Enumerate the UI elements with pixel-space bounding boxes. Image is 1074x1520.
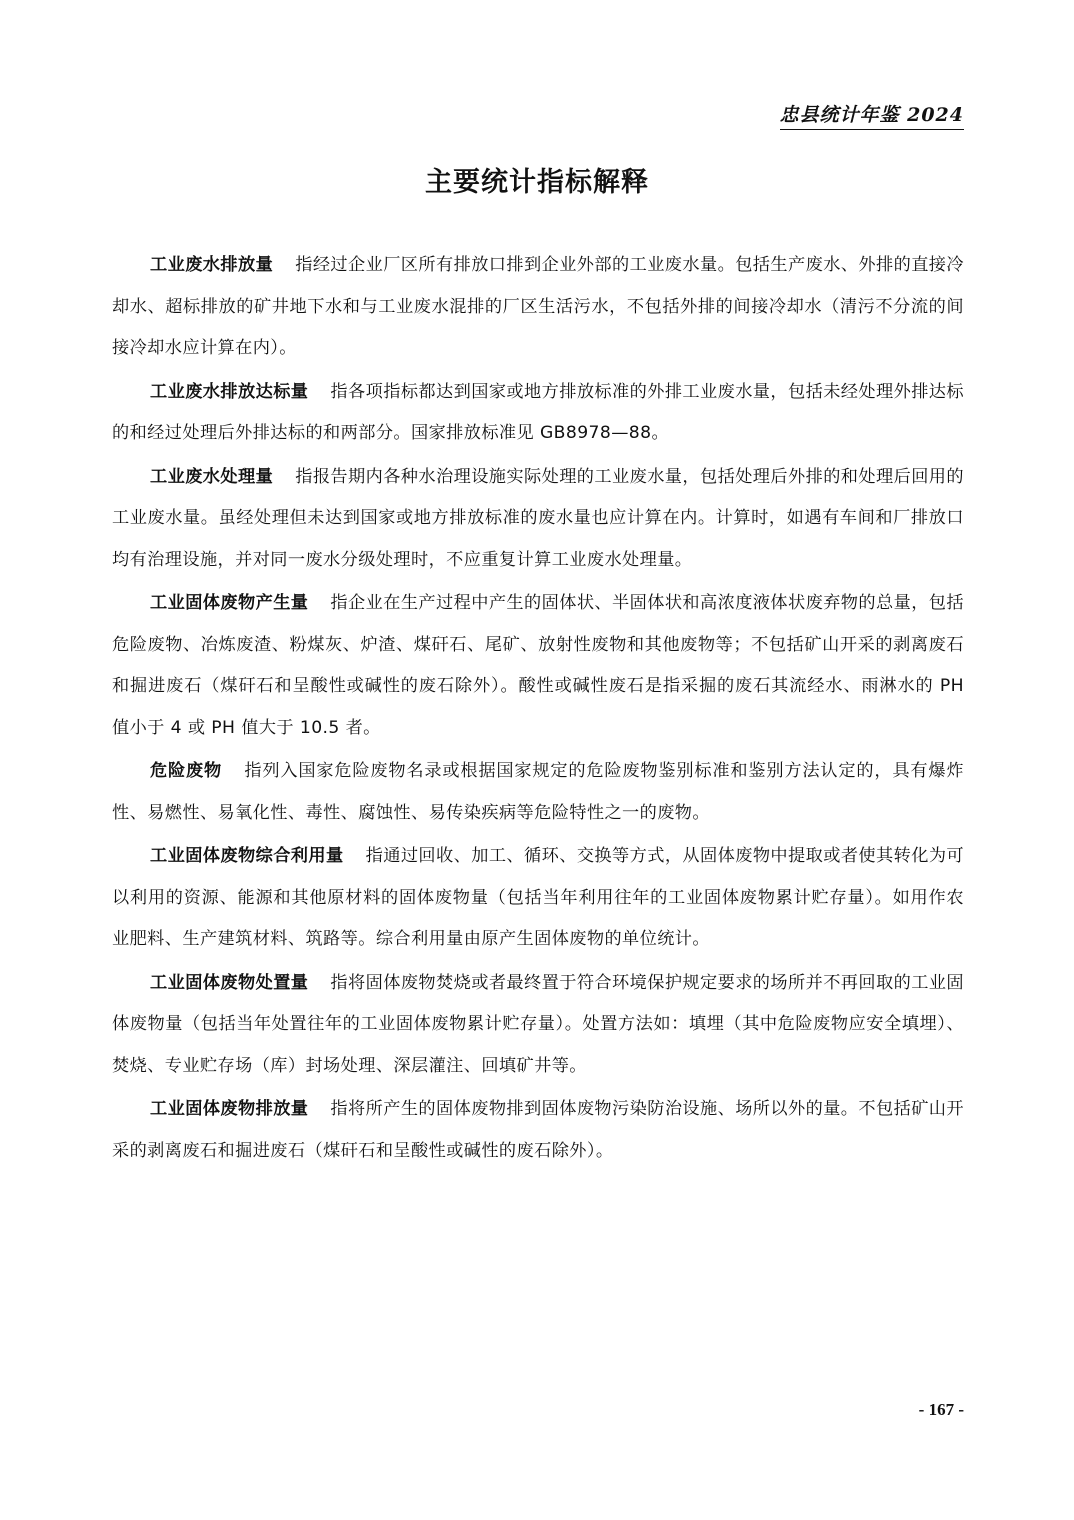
definition-entry: 工业废水排放量指经过企业厂区所有排放口排到企业外部的工业废水量。包括生产废水、外… [112, 245, 964, 370]
term-label: 工业废水排放达标量 [150, 382, 308, 402]
running-header: 忠县统计年鉴 2024 [780, 102, 965, 130]
term-label: 工业废水处理量 [150, 467, 273, 487]
term-definition: 指企业在生产过程中产生的固体状、半固体状和高浓度液体状废弃物的总量，包括危险废物… [112, 593, 964, 738]
page-number: - 167 - [919, 1400, 964, 1420]
term-label: 危险废物 [150, 761, 222, 781]
definition-entry: 危险废物指列入国家危险废物名录或根据国家规定的危险废物鉴别标准和鉴别方法认定的，… [112, 751, 964, 834]
term-definition: 指列入国家危险废物名录或根据国家规定的危险废物鉴别标准和鉴别方法认定的，具有爆炸… [112, 761, 964, 823]
term-label: 工业固体废物处置量 [150, 973, 308, 993]
definition-entry: 工业废水排放达标量指各项指标都达到国家或地方排放标准的外排工业废水量，包括未经处… [112, 372, 964, 455]
definitions-content: 工业废水排放量指经过企业厂区所有排放口排到企业外部的工业废水量。包括生产废水、外… [112, 245, 964, 1174]
page-title: 主要统计指标解释 [0, 163, 1074, 203]
term-label: 工业固体废物产生量 [150, 593, 308, 613]
term-label: 工业废水排放量 [150, 255, 273, 275]
definition-entry: 工业固体废物综合利用量指通过回收、加工、循环、交换等方式，从固体废物中提取或者使… [112, 836, 964, 961]
term-label: 工业固体废物综合利用量 [150, 846, 344, 866]
definition-entry: 工业固体废物排放量指将所产生的固体废物排到固体废物污染防治设施、场所以外的量。不… [112, 1089, 964, 1172]
term-label: 工业固体废物排放量 [150, 1099, 308, 1119]
definition-entry: 工业废水处理量指报告期内各种水治理设施实际处理的工业废水量，包括处理后外排的和处… [112, 457, 964, 582]
definition-entry: 工业固体废物产生量指企业在生产过程中产生的固体状、半固体状和高浓度液体状废弃物的… [112, 583, 964, 749]
definition-entry: 工业固体废物处置量指将固体废物焚烧或者最终置于符合环境保护规定要求的场所并不再回… [112, 963, 964, 1088]
